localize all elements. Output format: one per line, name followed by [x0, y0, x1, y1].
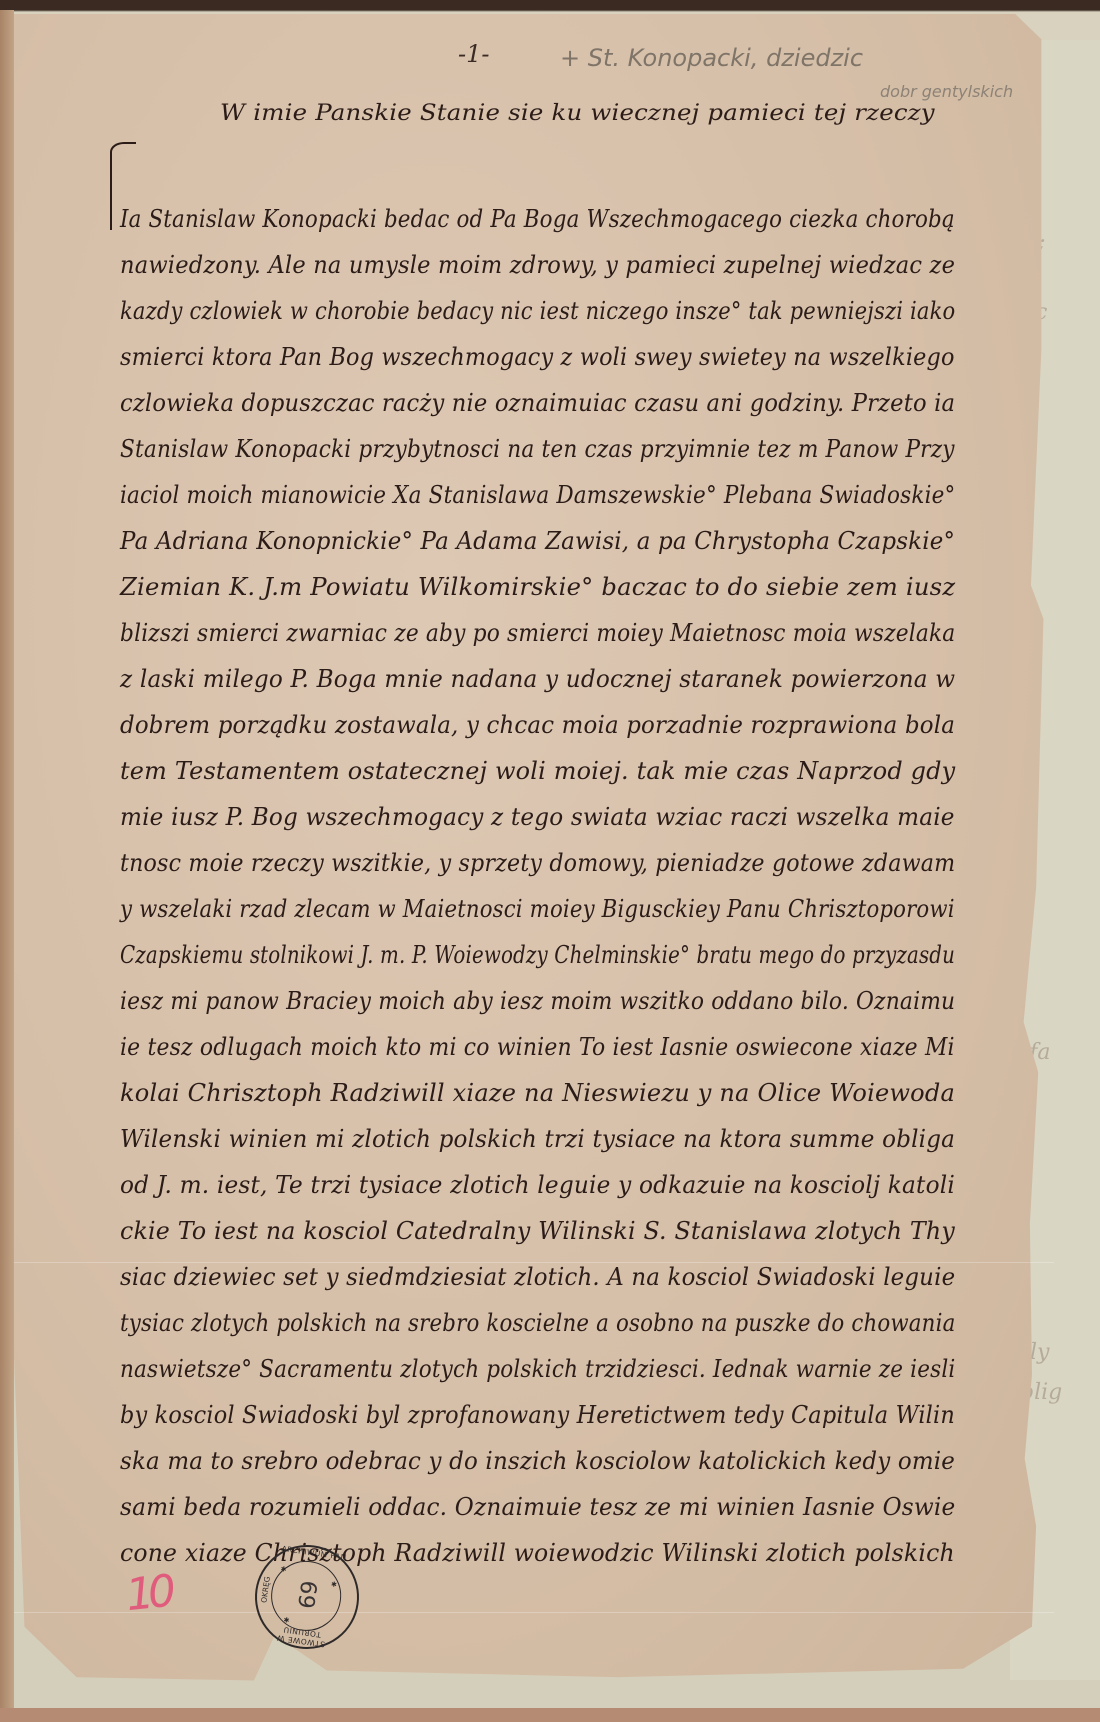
body-line: ckie To iest na kosciol Catedralny Wilin… [120, 1216, 955, 1245]
body-line: tnosc moie rzeczy wszitkie, y sprzety do… [120, 848, 955, 877]
document-heading: W imie Panskie Stanie sie ku wiecznej pa… [220, 100, 935, 126]
body-line: iesz mi panow Braciey moich aby iesz moi… [120, 986, 955, 1015]
body-line: mie iusz P. Bog wszechmogacy z tego swia… [120, 802, 955, 831]
body-line: od J. m. iest, Te trzi tysiace zlotich l… [120, 1170, 955, 1199]
manuscript-content: -1- + St. Konopacki, dziedzic dobr genty… [0, 0, 1100, 1722]
body-line: cone xiaze Chrisztoph Radziwill woiewodz… [120, 1538, 955, 1567]
body-line: sami beda rozumieli oddac. Oznaimuie tes… [120, 1492, 955, 1521]
body-line: naswietsze° Sacramentu zlotych polskich … [120, 1354, 955, 1383]
body-line: Wilenski winien mi zlotich polskich trzi… [120, 1124, 955, 1153]
body-line: z laski milego P. Boga mnie nadana y udo… [120, 664, 955, 693]
body-line: iaciol moich mianowicie Xa Stanislawa Da… [120, 480, 955, 509]
body-line: Stanislaw Konopacki przybytnosci na ten … [120, 434, 955, 463]
body-line: Ia Stanislaw Konopacki bedac od Pa Boga … [120, 204, 955, 233]
body-line: kazdy czlowiek w chorobie bedacy nic ies… [120, 296, 955, 325]
folio-number: -1- [458, 40, 490, 68]
archive-page-number: 10 [123, 1566, 172, 1621]
body-line: tem Testamentem ostatecznej woli moiej. … [120, 756, 955, 785]
body-line: nawiedzony. Ale na umysle moim zdrowy, y… [120, 250, 955, 279]
body-line: Ziemian K. J.m Powiatu Wilkomirskie° bac… [120, 572, 955, 601]
body-line: y wszelaki rzad zlecam w Maietnosci moie… [120, 894, 955, 923]
body-line: Pa Adriana Konopnickie° Pa Adama Zawisi,… [120, 526, 955, 555]
body-line: siac dziewiec set y siedmdziesiat zlotic… [120, 1262, 955, 1291]
body-line: Czapskiemu stolnikowi J. m. P. Woiewodzy… [120, 940, 955, 969]
body-line: smierci ktora Pan Bog wszechmogacy z wol… [120, 342, 955, 371]
pencil-annotation-sub: dobr gentylskich [880, 82, 1013, 101]
body-line: ie tesz odlugach moich kto mi co winien … [120, 1032, 955, 1061]
body-line: blizszi smierci zwarniac ze aby po smier… [120, 618, 955, 647]
body-line: tysiac zlotych polskich na srebro koscie… [120, 1308, 955, 1337]
body-line: by kosciol Swiadoski byl zprofanowany He… [120, 1400, 955, 1429]
body-line: kolai Chrisztoph Radziwill xiaze na Nies… [120, 1078, 955, 1107]
pencil-annotation: + St. Konopacki, dziedzic [560, 44, 863, 72]
body-line: ska ma to srebro odebrac y do inszich ko… [120, 1446, 955, 1475]
stamp-center-number: 69 [289, 1559, 323, 1630]
body-line: czlowieka dopuszczac racży nie oznaimuia… [120, 388, 955, 417]
body-line: dobrem porządku zostawala, y chcac moia … [120, 710, 955, 739]
